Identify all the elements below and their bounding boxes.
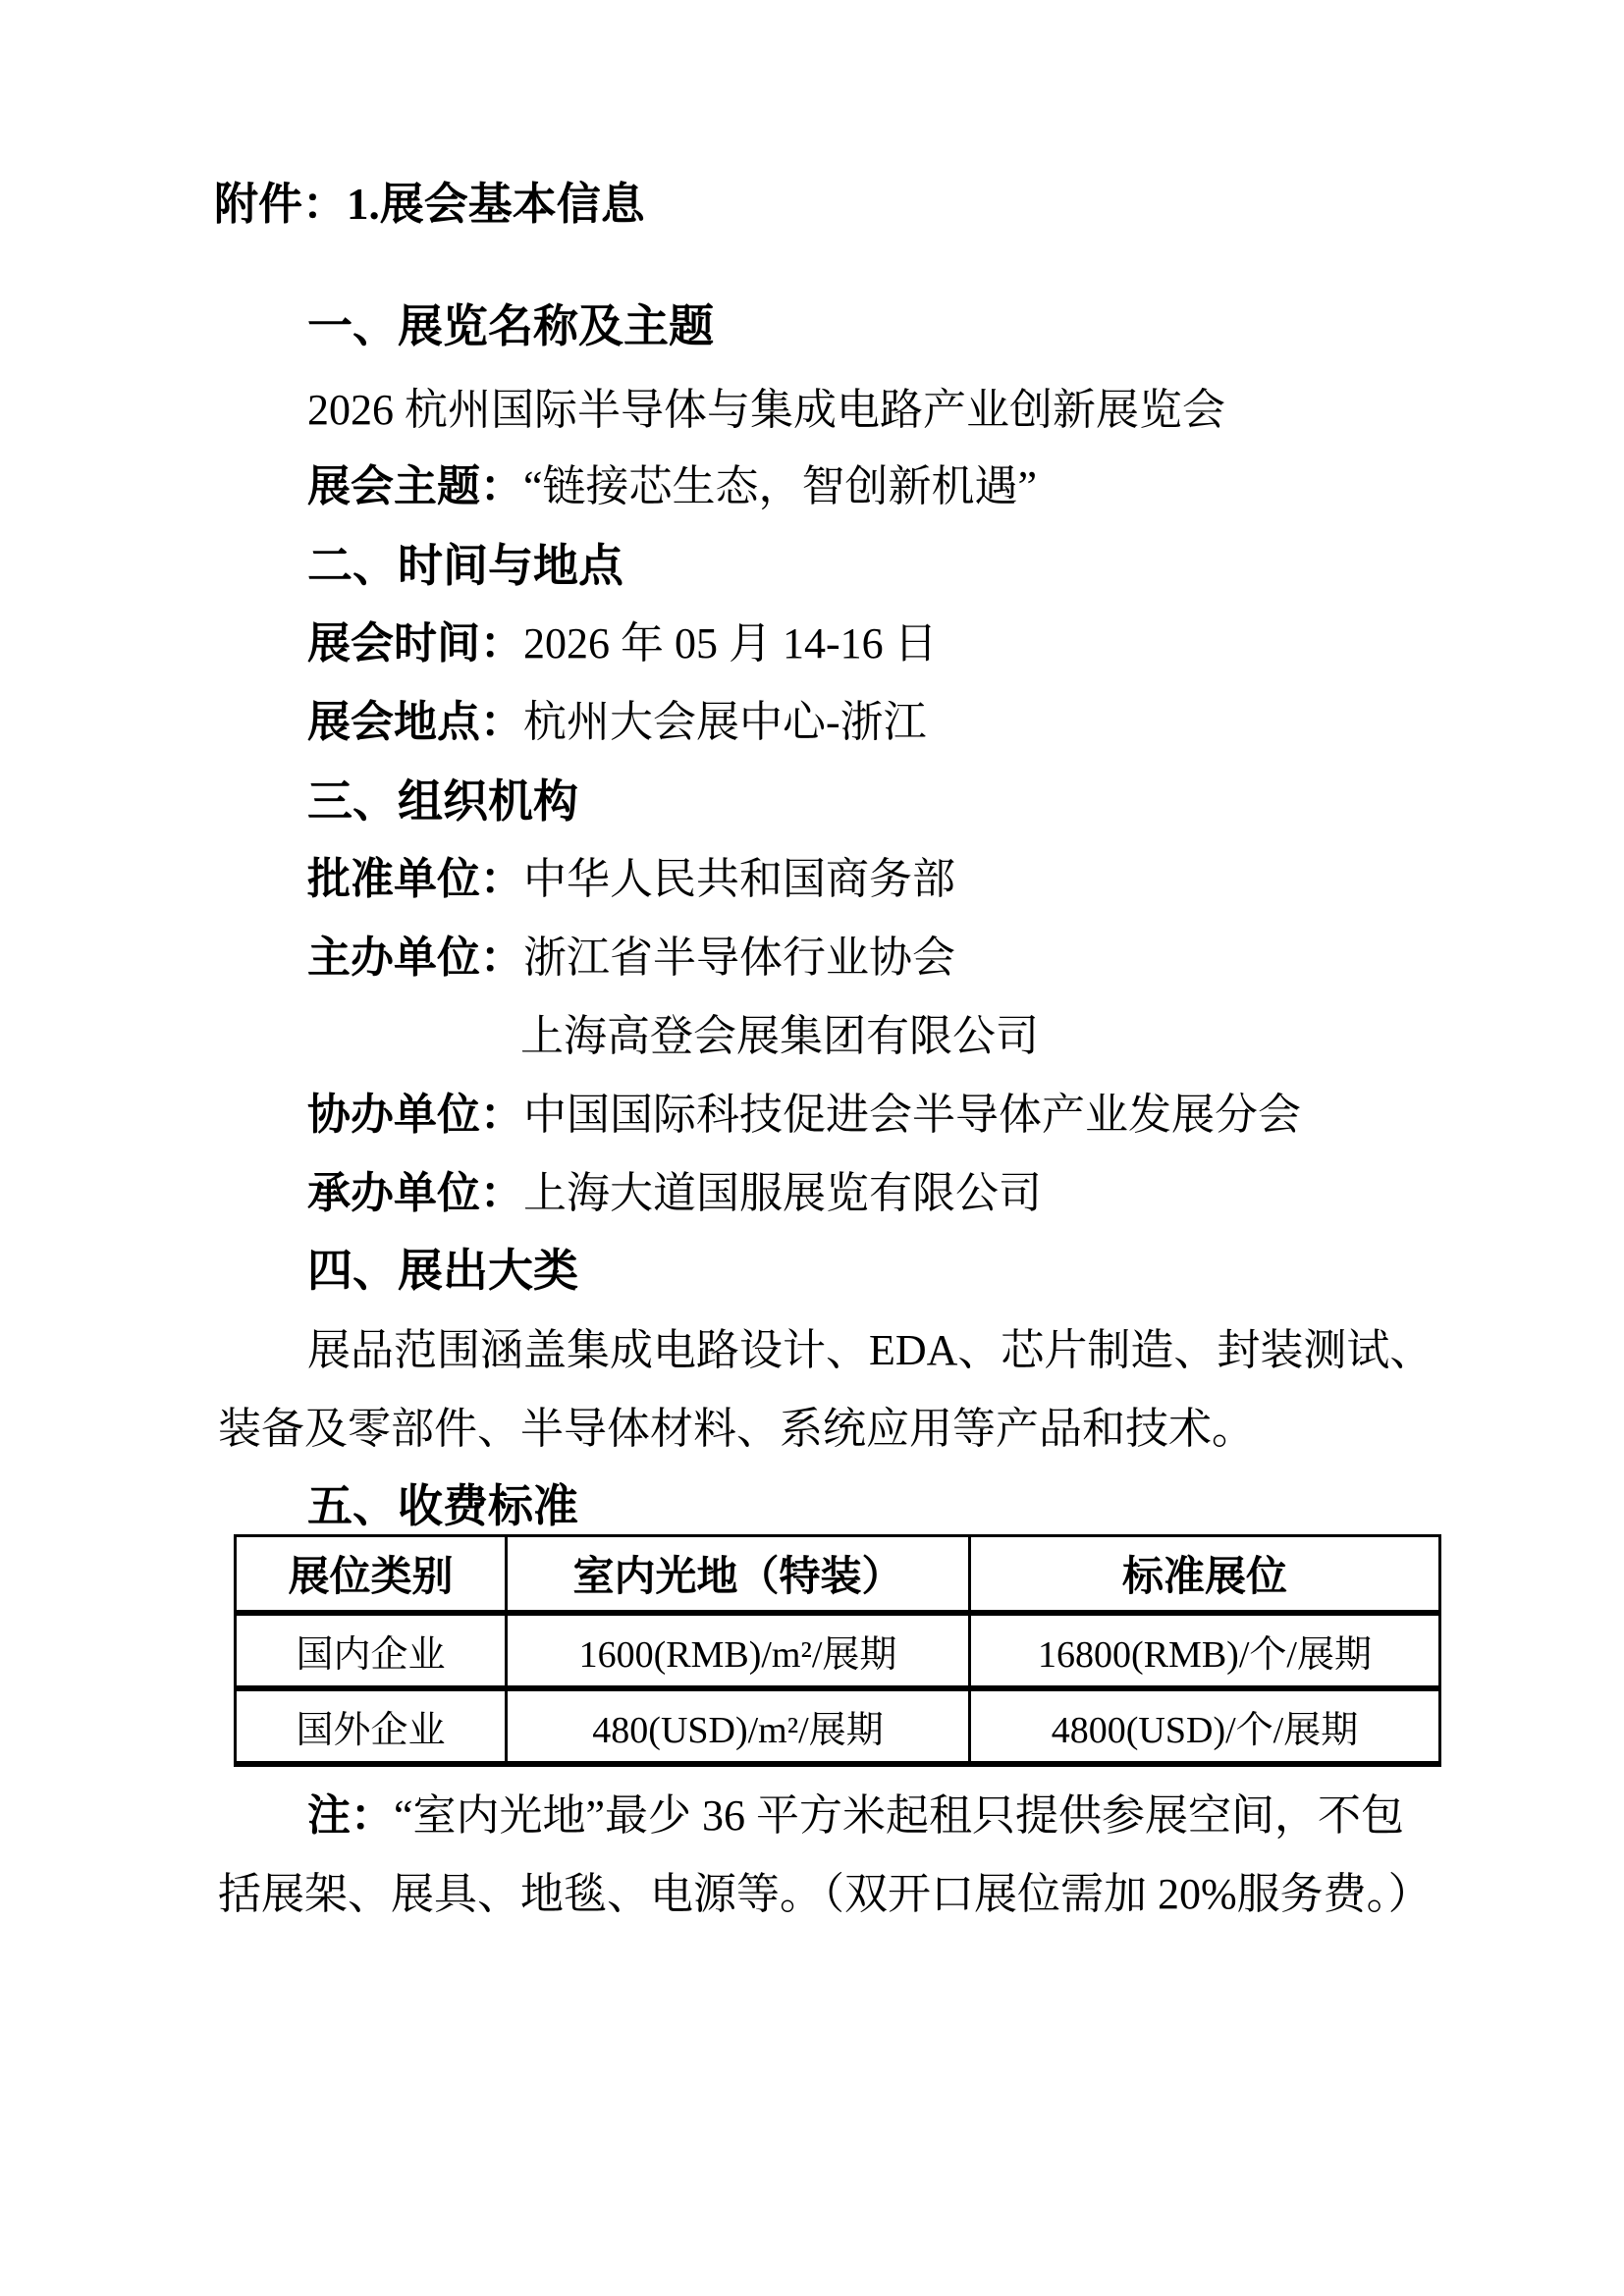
fee-cell-domestic-raw-space: 1600(RMB)/m²/展期 <box>507 1613 970 1688</box>
approve-label: 批准单位： <box>307 855 523 903</box>
approve-unit-line: 批准单位：中华人民共和国商务部 <box>307 854 955 905</box>
approve-value: 中华人民共和国商务部 <box>523 855 955 903</box>
theme-label: 展会主题： <box>307 462 523 510</box>
place-label: 展会地点： <box>307 698 523 746</box>
time-label: 展会时间： <box>307 619 523 667</box>
undertake-value: 上海大道国服展览有限公司 <box>523 1169 1042 1217</box>
undertake-unit-line: 承办单位：上海大道国服展览有限公司 <box>307 1168 1042 1219</box>
note-text-1: “室内光地”最少 36 平方米起租只提供参展空间，不包 <box>394 1791 1404 1840</box>
fee-table-header-row: 展位类别 室内光地（特装） 标准展位 <box>236 1536 1440 1614</box>
scope-line-1: 展品范围涵盖集成电路设计、EDA、芯片制造、封装测试、 <box>307 1325 1433 1376</box>
fee-table-row-foreign: 国外企业 480(USD)/m²/展期 4800(USD)/个/展期 <box>236 1688 1440 1764</box>
section-heading-3: 三、组织机构 <box>307 775 578 828</box>
fee-cell-domestic-standard: 16800(RMB)/个/展期 <box>970 1613 1440 1688</box>
exhibition-place-line: 展会地点：杭州大会展中心-浙江 <box>307 697 927 748</box>
host-unit-line: 主办单位：浙江省半导体行业协会 <box>307 933 955 984</box>
theme-value: “链接芯生态，智创新机遇” <box>523 462 1037 510</box>
fee-cell-foreign-standard: 4800(USD)/个/展期 <box>970 1688 1440 1764</box>
fee-cell-foreign-raw-space: 480(USD)/m²/展期 <box>507 1688 970 1764</box>
note-label: 注： <box>307 1791 394 1840</box>
host-label: 主办单位： <box>307 934 523 982</box>
scope-line-2: 装备及零部件、半导体材料、系统应用等产品和技术。 <box>218 1404 1255 1455</box>
place-value: 杭州大会展中心-浙江 <box>523 698 927 746</box>
exhibition-time-line: 展会时间：2026 年 05 月 14-16 日 <box>307 618 938 669</box>
fee-table-row-domestic: 国内企业 1600(RMB)/m²/展期 16800(RMB)/个/展期 <box>236 1613 1440 1688</box>
section-heading-1: 一、展览名称及主题 <box>307 300 714 353</box>
section-heading-4: 四、展出大类 <box>307 1245 578 1298</box>
undertake-label: 承办单位： <box>307 1169 523 1217</box>
fee-cell-foreign-type: 国外企业 <box>236 1688 507 1764</box>
time-value: 2026 年 05 月 14-16 日 <box>523 619 938 667</box>
host-unit-line-2: 上海高登会展集团有限公司 <box>520 1011 1039 1062</box>
cohost-label: 协办单位： <box>307 1091 523 1139</box>
exhibition-theme-line: 展会主题：“链接芯生态，智创新机遇” <box>307 461 1037 512</box>
section-heading-5: 五、收费标准 <box>307 1480 578 1533</box>
host-value-1: 浙江省半导体行业协会 <box>523 934 955 982</box>
section-heading-2: 二、时间与地点 <box>307 540 623 593</box>
exhibition-name: 2026 杭州国际半导体与集成电路产业创新展览会 <box>307 385 1225 436</box>
fee-cell-domestic-type: 国内企业 <box>236 1613 507 1688</box>
fee-table-header-standard-booth: 标准展位 <box>970 1536 1440 1614</box>
note-line-2: 括展架、展具、地毯、电源等。（双开口展位需加 20%服务费。） <box>218 1869 1432 1920</box>
cohost-value: 中国国际科技促进会半导体产业发展分会 <box>523 1091 1301 1139</box>
fee-table-header-raw-space: 室内光地（特装） <box>507 1536 970 1614</box>
cohost-unit-line: 协办单位：中国国际科技促进会半导体产业发展分会 <box>307 1090 1301 1141</box>
document-page: 附件：1.展会基本信息 一、展览名称及主题 2026 杭州国际半导体与集成电路产… <box>0 0 1624 2296</box>
note-line-1: 注：“室内光地”最少 36 平方米起租只提供参展空间，不包 <box>307 1790 1404 1842</box>
fee-table-header-booth-type: 展位类别 <box>236 1536 507 1614</box>
fee-table: 展位类别 室内光地（特装） 标准展位 国内企业 1600(RMB)/m²/展期 … <box>234 1534 1441 1767</box>
document-title: 附件：1.展会基本信息 <box>214 179 645 231</box>
